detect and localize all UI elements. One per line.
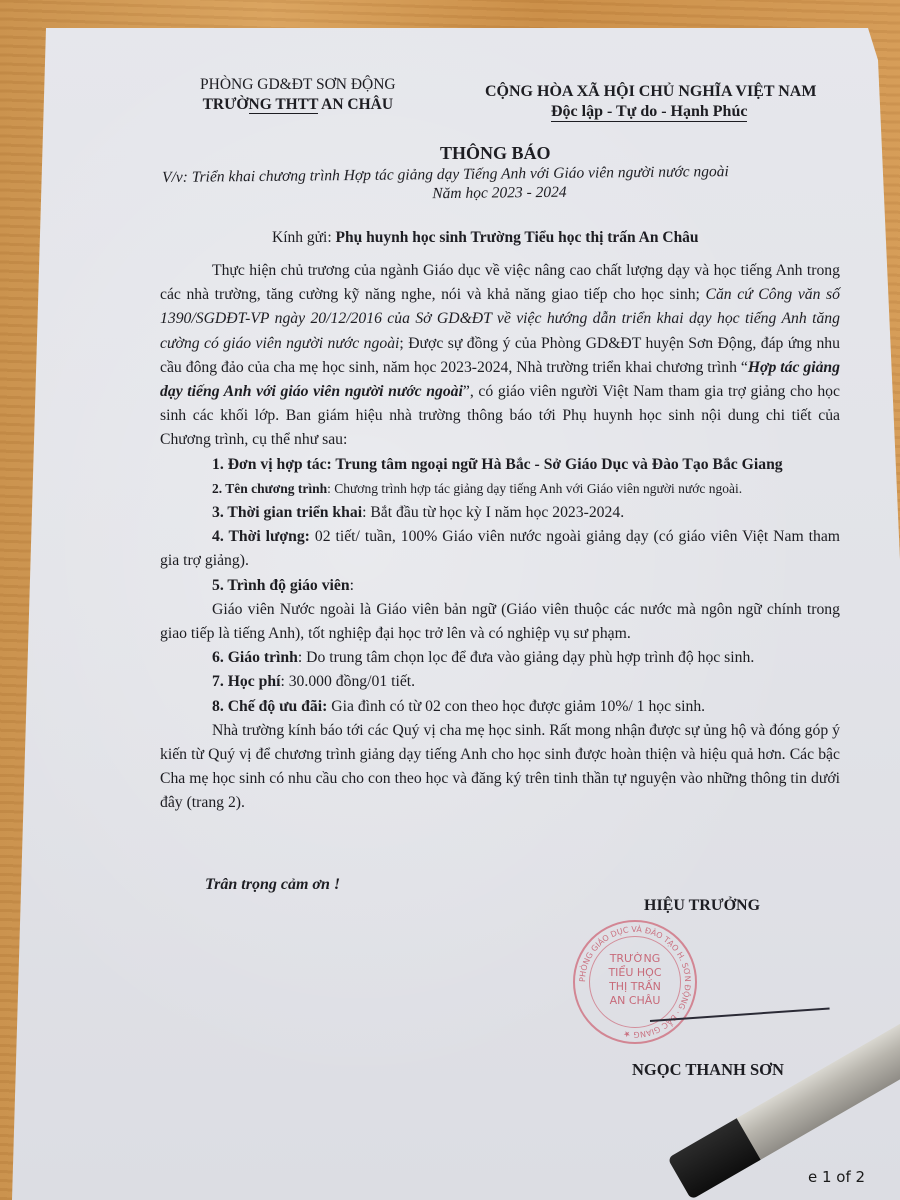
conclusion-paragraph: Nhà trường kính báo tới các Quý vị cha m… <box>160 719 840 816</box>
item-curriculum: 6. Giáo trình: Do trung tâm chọn lọc để … <box>160 646 840 670</box>
official-stamp: PHÒNG GIÁO DỤC VÀ ĐÀO TẠO H. SƠN ĐỘNG · … <box>573 920 697 1044</box>
item-tuition: 7. Học phí: 30.000 đồng/01 tiết. <box>160 670 840 694</box>
item-discount: 8. Chế độ ưu đãi: Gia đình có từ 02 con … <box>160 695 840 719</box>
country-name: CỘNG HÒA XÃ HỘI CHỦ NGHĨA VIỆT NAM <box>485 82 816 102</box>
closing-remark: Trân trọng cảm ơn ! <box>205 876 340 894</box>
item-program-name: 2. Tên chương trình: Chương trình hợp tá… <box>160 477 840 501</box>
item-teacher-level: 5. Trình độ giáo viên: <box>160 574 840 598</box>
signatory-title: HIỆU TRƯỞNG <box>644 897 760 915</box>
signatory-name: NGỌC THANH SƠN <box>632 1060 784 1080</box>
national-motto: Độc lập - Tự do - Hạnh Phúc <box>551 102 747 122</box>
school-name: TRƯỜNG THTT AN CHÂU <box>200 95 396 115</box>
item-start-time: 3. Thời gian triển khai: Bắt đầu từ học … <box>160 501 840 525</box>
department-name: PHÒNG GD&ĐT SƠN ĐỘNG <box>200 75 396 95</box>
intro-paragraph: Thực hiện chủ trương của ngành Giáo dục … <box>160 259 840 453</box>
document-body: Thực hiện chủ trương của ngành Giáo dục … <box>160 259 840 816</box>
issuing-authority-header: PHÒNG GD&ĐT SƠN ĐỘNG TRƯỜNG THTT AN CHÂU <box>200 75 396 115</box>
page-indicator: e 1 of 2 <box>808 1168 865 1186</box>
item-partner: 1. Đơn vị hợp tác: Trung tâm ngoại ngữ H… <box>160 453 840 477</box>
salutation: Kính gửi: Phụ huynh học sinh Trường Tiểu… <box>272 229 699 247</box>
national-motto-header: CỘNG HÒA XÃ HỘI CHỦ NGHĨA VIỆT NAM Độc l… <box>485 82 816 122</box>
teacher-level-detail: Giáo viên Nước ngoài là Giáo viên bản ng… <box>160 598 840 646</box>
document-title: THÔNG BÁO <box>440 143 551 164</box>
item-duration: 4. Thời lượng: 02 tiết/ tuần, 100% Giáo … <box>160 525 840 573</box>
document-subject: V/v: Triển khai chương trình Hợp tác giả… <box>162 162 729 206</box>
stamp-center-text: TRƯỜNGTIỂU HỌCTHỊ TRẤNAN CHÂU <box>575 952 695 1008</box>
